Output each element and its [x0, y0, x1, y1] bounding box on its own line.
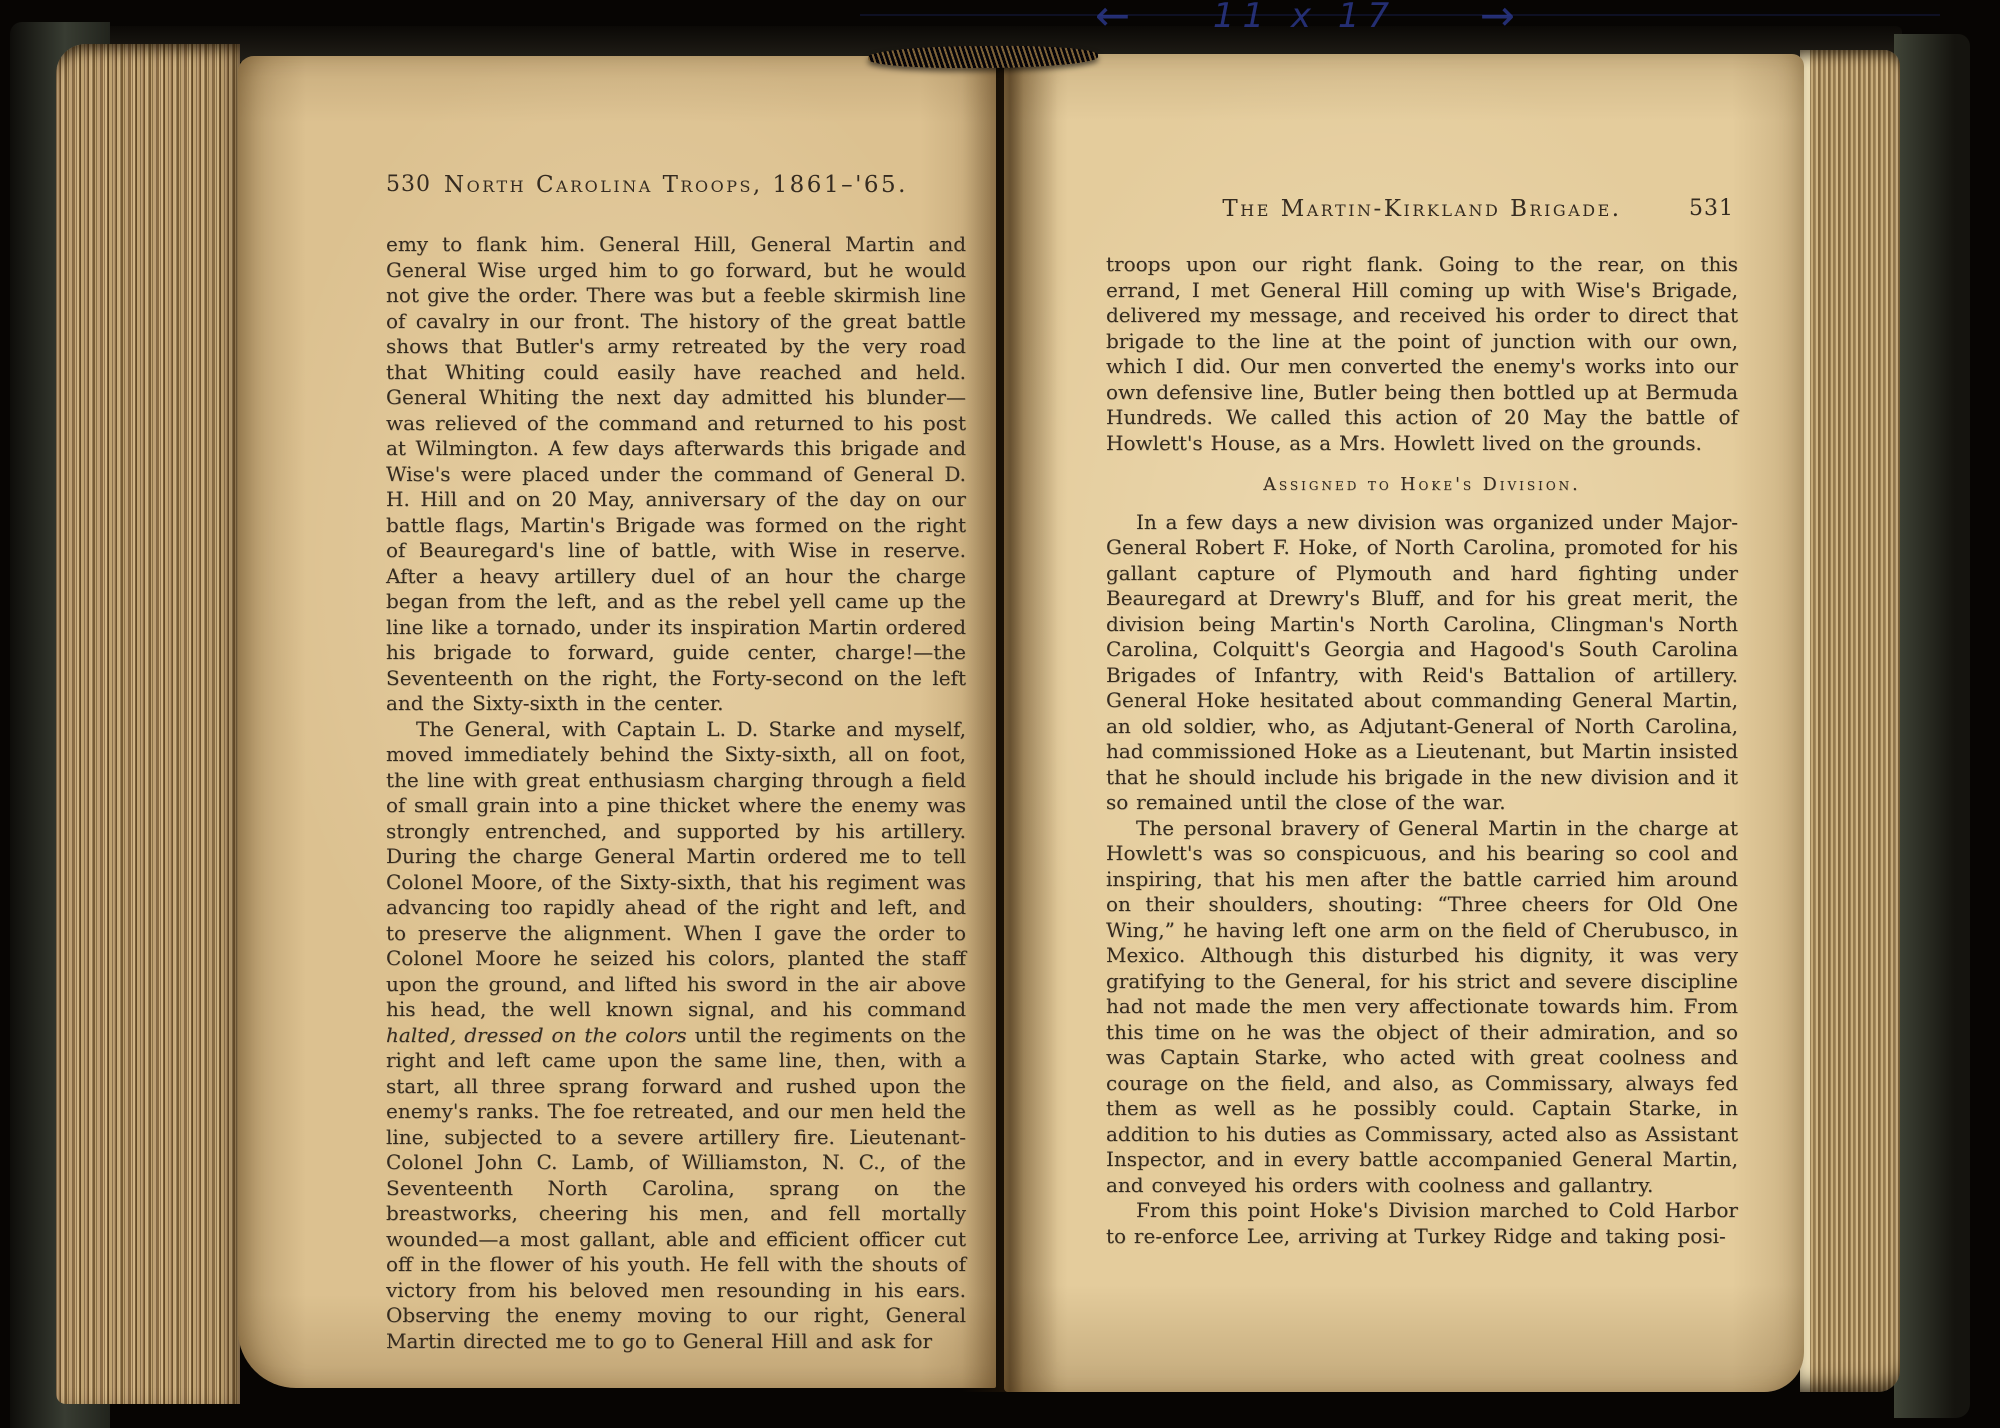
left-paragraph-2-continuation: until the regiments on the right and lef… [386, 1023, 966, 1353]
left-paragraph-2-text: The General, with Captain L. D. Starke a… [386, 717, 966, 1022]
page-edge-stack-right [1800, 50, 1900, 1392]
left-arrow-icon: ← [1095, 0, 1130, 37]
right-page: The Martin-Kirkland Brigade. 531 troops … [1004, 54, 1804, 1392]
size-annotation: ← 11 x 17 → [1095, 0, 1515, 42]
left-paragraph-2: The General, with Captain L. D. Starke a… [386, 717, 966, 1355]
book-cover-right [1894, 34, 1970, 1418]
page-edge-stack-left [56, 44, 240, 1404]
left-paragraph-1: emy to flank him. General Hill, General … [386, 232, 966, 717]
size-annotation-text: 11 x 17 [1213, 0, 1397, 36]
right-page-body: troops upon our right flank. Going to th… [1106, 252, 1738, 1249]
right-paragraph-2: In a few days a new division was organiz… [1106, 510, 1738, 816]
right-paragraph-4: From this point Hoke's Division marched … [1106, 1198, 1738, 1249]
left-page: 530 North Carolina Troops, 1861–'65. emy… [238, 56, 996, 1388]
left-page-body: emy to flank him. General Hill, General … [386, 232, 966, 1354]
right-paragraph-3: The personal bravery of General Martin i… [1106, 816, 1738, 1199]
book-scan-photo: ← 11 x 17 → 530 North Carolina Troops, 1… [0, 0, 2000, 1428]
section-subheading: Assigned to Hoke's Division. [1106, 473, 1738, 499]
left-page-header: 530 North Carolina Troops, 1861–'65. [386, 172, 966, 206]
right-arrow-icon: → [1480, 0, 1515, 37]
right-running-head: The Martin-Kirkland Brigade. [1106, 196, 1738, 222]
right-page-number: 531 [1689, 196, 1734, 221]
right-page-header: The Martin-Kirkland Brigade. 531 [1106, 196, 1738, 230]
left-running-head: North Carolina Troops, 1861–'65. [386, 172, 966, 198]
left-page-number: 530 [386, 172, 431, 197]
right-paragraph-1: troops upon our right flank. Going to th… [1106, 252, 1738, 456]
left-paragraph-2-italic-phrase: halted, dressed on the colors [386, 1023, 687, 1047]
